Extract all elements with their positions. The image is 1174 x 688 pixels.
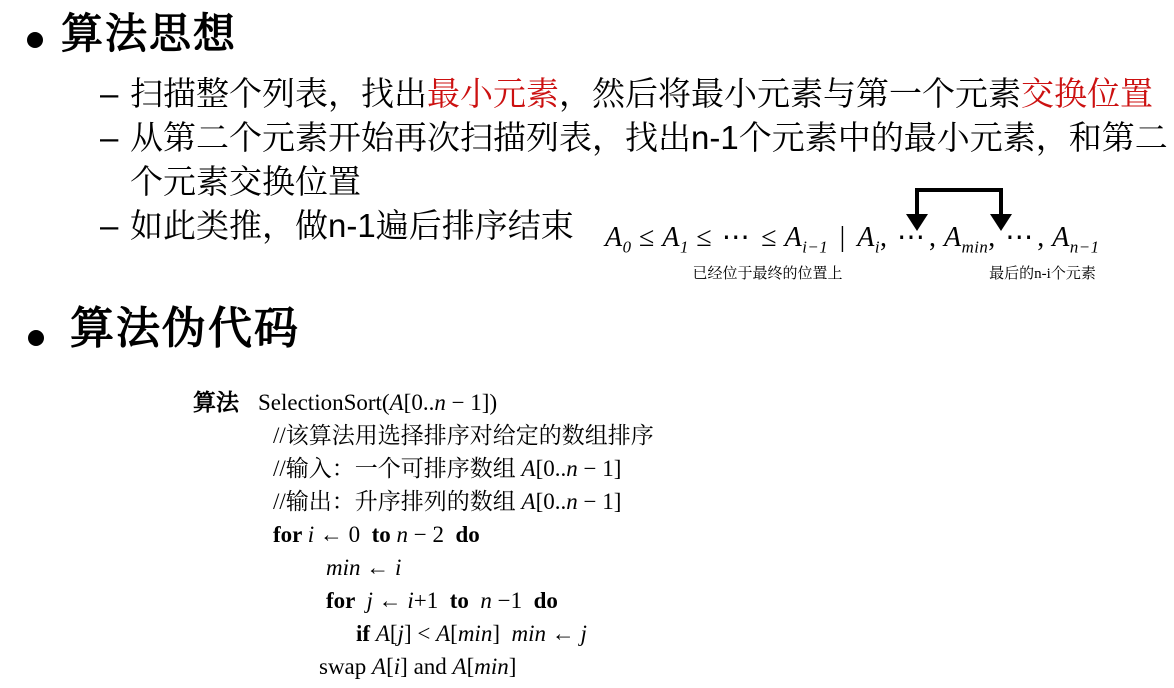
text-segment: +1 [414, 588, 450, 613]
text-segment: do [534, 588, 558, 613]
text-segment: A [390, 390, 404, 415]
text-segment: //输入：一个可排序数组 [273, 456, 522, 481]
text-segment: ] and [400, 654, 452, 679]
text-segment: | [832, 222, 853, 253]
text-segment: Amin [944, 222, 988, 253]
text-segment: , [880, 222, 895, 253]
text-segment: ≤ [689, 222, 720, 253]
text-segment: ⋯ [722, 222, 752, 253]
subscript: i−1 [802, 238, 828, 257]
subscript: 0 [623, 238, 632, 257]
section-title-pseudocode: 算法伪代码 [70, 304, 300, 355]
text-segment: − 1] [578, 456, 622, 481]
text-segment: for [326, 588, 366, 613]
text-segment: ，然后将最小元素与第一个元素 [559, 75, 1021, 112]
text-segment: ← [373, 588, 408, 613]
text-segment: , [929, 222, 944, 253]
text-segment: 算法 [193, 386, 258, 419]
pseudocode-line-comment: //输入：一个可排序数组 A[0..n − 1] [193, 452, 793, 485]
subscript: n−1 [1070, 238, 1100, 257]
text-segment: A [522, 489, 536, 514]
text-segment: ← [546, 621, 581, 646]
text-segment: for [273, 522, 308, 547]
text-segment: ← [361, 555, 396, 580]
dash-marker: – [100, 116, 130, 160]
text-segment: 如此类推，做n-1遍后排序结束 [130, 207, 574, 244]
text-segment: n [434, 390, 446, 415]
text-segment: min [458, 621, 493, 646]
idea-item: – 扫描整个列表，找出最小元素，然后将最小元素与第一个元素交换位置 [100, 72, 1174, 116]
pseudocode-line-header: 算法SelectionSort(A[0..n − 1]) [193, 386, 793, 419]
text-segment: A [453, 654, 467, 679]
text-segment: A [376, 621, 390, 646]
formula-expression: A0 ≤ A1 ≤ ⋯ ≤ Ai−1 | Ai, ⋯, Amin, ⋯, An−… [605, 220, 1100, 254]
pseudocode-block: 算法SelectionSort(A[0..n − 1]) //该算法用选择排序对… [193, 386, 793, 683]
text-segment: A [436, 621, 450, 646]
text-segment: n [397, 522, 409, 547]
pseudocode-line-min-init: min ← i [193, 551, 793, 584]
text-segment: [0.. [404, 390, 435, 415]
text-segment: , [1037, 222, 1052, 253]
text-segment: [0.. [536, 456, 567, 481]
pseudocode-line-inner-for: for j ← i+1 to n −1 do [193, 584, 793, 617]
text-segment: 扫描整个列表，找出 [130, 75, 427, 112]
text-segment: [ [390, 621, 398, 646]
text-segment: ⋯ [897, 222, 927, 253]
text-segment: [0.. [536, 489, 567, 514]
idea-text: 扫描整个列表，找出最小元素，然后将最小元素与第一个元素交换位置 [130, 72, 1174, 116]
formula-caption-left: 已经位于最终的位置上 [650, 262, 885, 283]
formula-figure: A0 ≤ A1 ≤ ⋯ ≤ Ai−1 | Ai, ⋯, Amin, ⋯, An−… [605, 184, 1174, 288]
text-segment: − 1]) [446, 390, 497, 415]
text-segment: A1 [662, 222, 689, 253]
text-segment: A0 [605, 222, 632, 253]
text-segment: ] < [404, 621, 436, 646]
text-segment: A [372, 654, 386, 679]
text-segment: n [566, 456, 578, 481]
text-segment: An−1 [1052, 222, 1099, 253]
text-segment: n [566, 489, 578, 514]
text-segment: ≤ [754, 222, 785, 253]
bullet-icon [27, 32, 43, 48]
text-segment: SelectionSort( [258, 390, 390, 415]
dash-marker: – [100, 204, 130, 248]
text-segment: to [450, 588, 481, 613]
text-segment: A [522, 456, 536, 481]
text-segment: if [356, 621, 376, 646]
swap-bracket [915, 188, 1003, 214]
section-title-idea: 算法思想 [61, 10, 237, 58]
text-segment: [ [386, 654, 394, 679]
text-segment: − 2 [408, 522, 455, 547]
text-segment: [ [450, 621, 458, 646]
text-segment: do [456, 522, 480, 547]
pseudocode-line-comment: //该算法用选择排序对给定的数组排序 [193, 419, 793, 452]
text-segment: ← 0 [314, 522, 372, 547]
slide-canvas: 算法思想 – 扫描整个列表，找出最小元素，然后将最小元素与第一个元素交换位置 –… [0, 0, 1174, 688]
text-segment: ] [509, 654, 517, 679]
pseudocode-line-if: if A[j] < A[min] min ← j [193, 617, 793, 650]
text-segment: 交换位置 [1021, 75, 1153, 112]
text-segment: − 1] [578, 489, 622, 514]
text-segment: to [372, 522, 397, 547]
text-segment: ⋯ [1005, 222, 1035, 253]
text-segment: ] [492, 621, 511, 646]
text-segment: j [580, 621, 586, 646]
pseudocode-line-outer-for: for i ← 0 to n − 2 do [193, 518, 793, 551]
text-segment: −1 [492, 588, 534, 613]
pseudocode-line-swap: swap A[i] and A[min] [193, 650, 793, 683]
subscript: min [962, 238, 989, 257]
text-segment: min [474, 654, 509, 679]
dash-marker: – [100, 72, 130, 116]
text-segment: Ai−1 [785, 222, 829, 253]
text-segment: swap [319, 654, 372, 679]
text-segment: //该算法用选择排序对给定的数组排序 [273, 423, 654, 448]
text-segment: //输出：升序排列的数组 [273, 489, 522, 514]
text-segment: min [511, 621, 546, 646]
bullet-icon [28, 330, 44, 346]
text-segment: n [480, 588, 492, 613]
subscript: 1 [680, 238, 689, 257]
text-segment: Ai [857, 222, 880, 253]
formula-caption-right: 最后的n-i个元素 [960, 262, 1125, 283]
pseudocode-line-comment: //输出：升序排列的数组 A[0..n − 1] [193, 485, 793, 518]
text-segment: , [988, 222, 1003, 253]
text-segment: 最小元素 [427, 75, 559, 112]
text-segment: ≤ [632, 222, 663, 253]
text-segment: i [395, 555, 401, 580]
text-segment: min [326, 555, 361, 580]
